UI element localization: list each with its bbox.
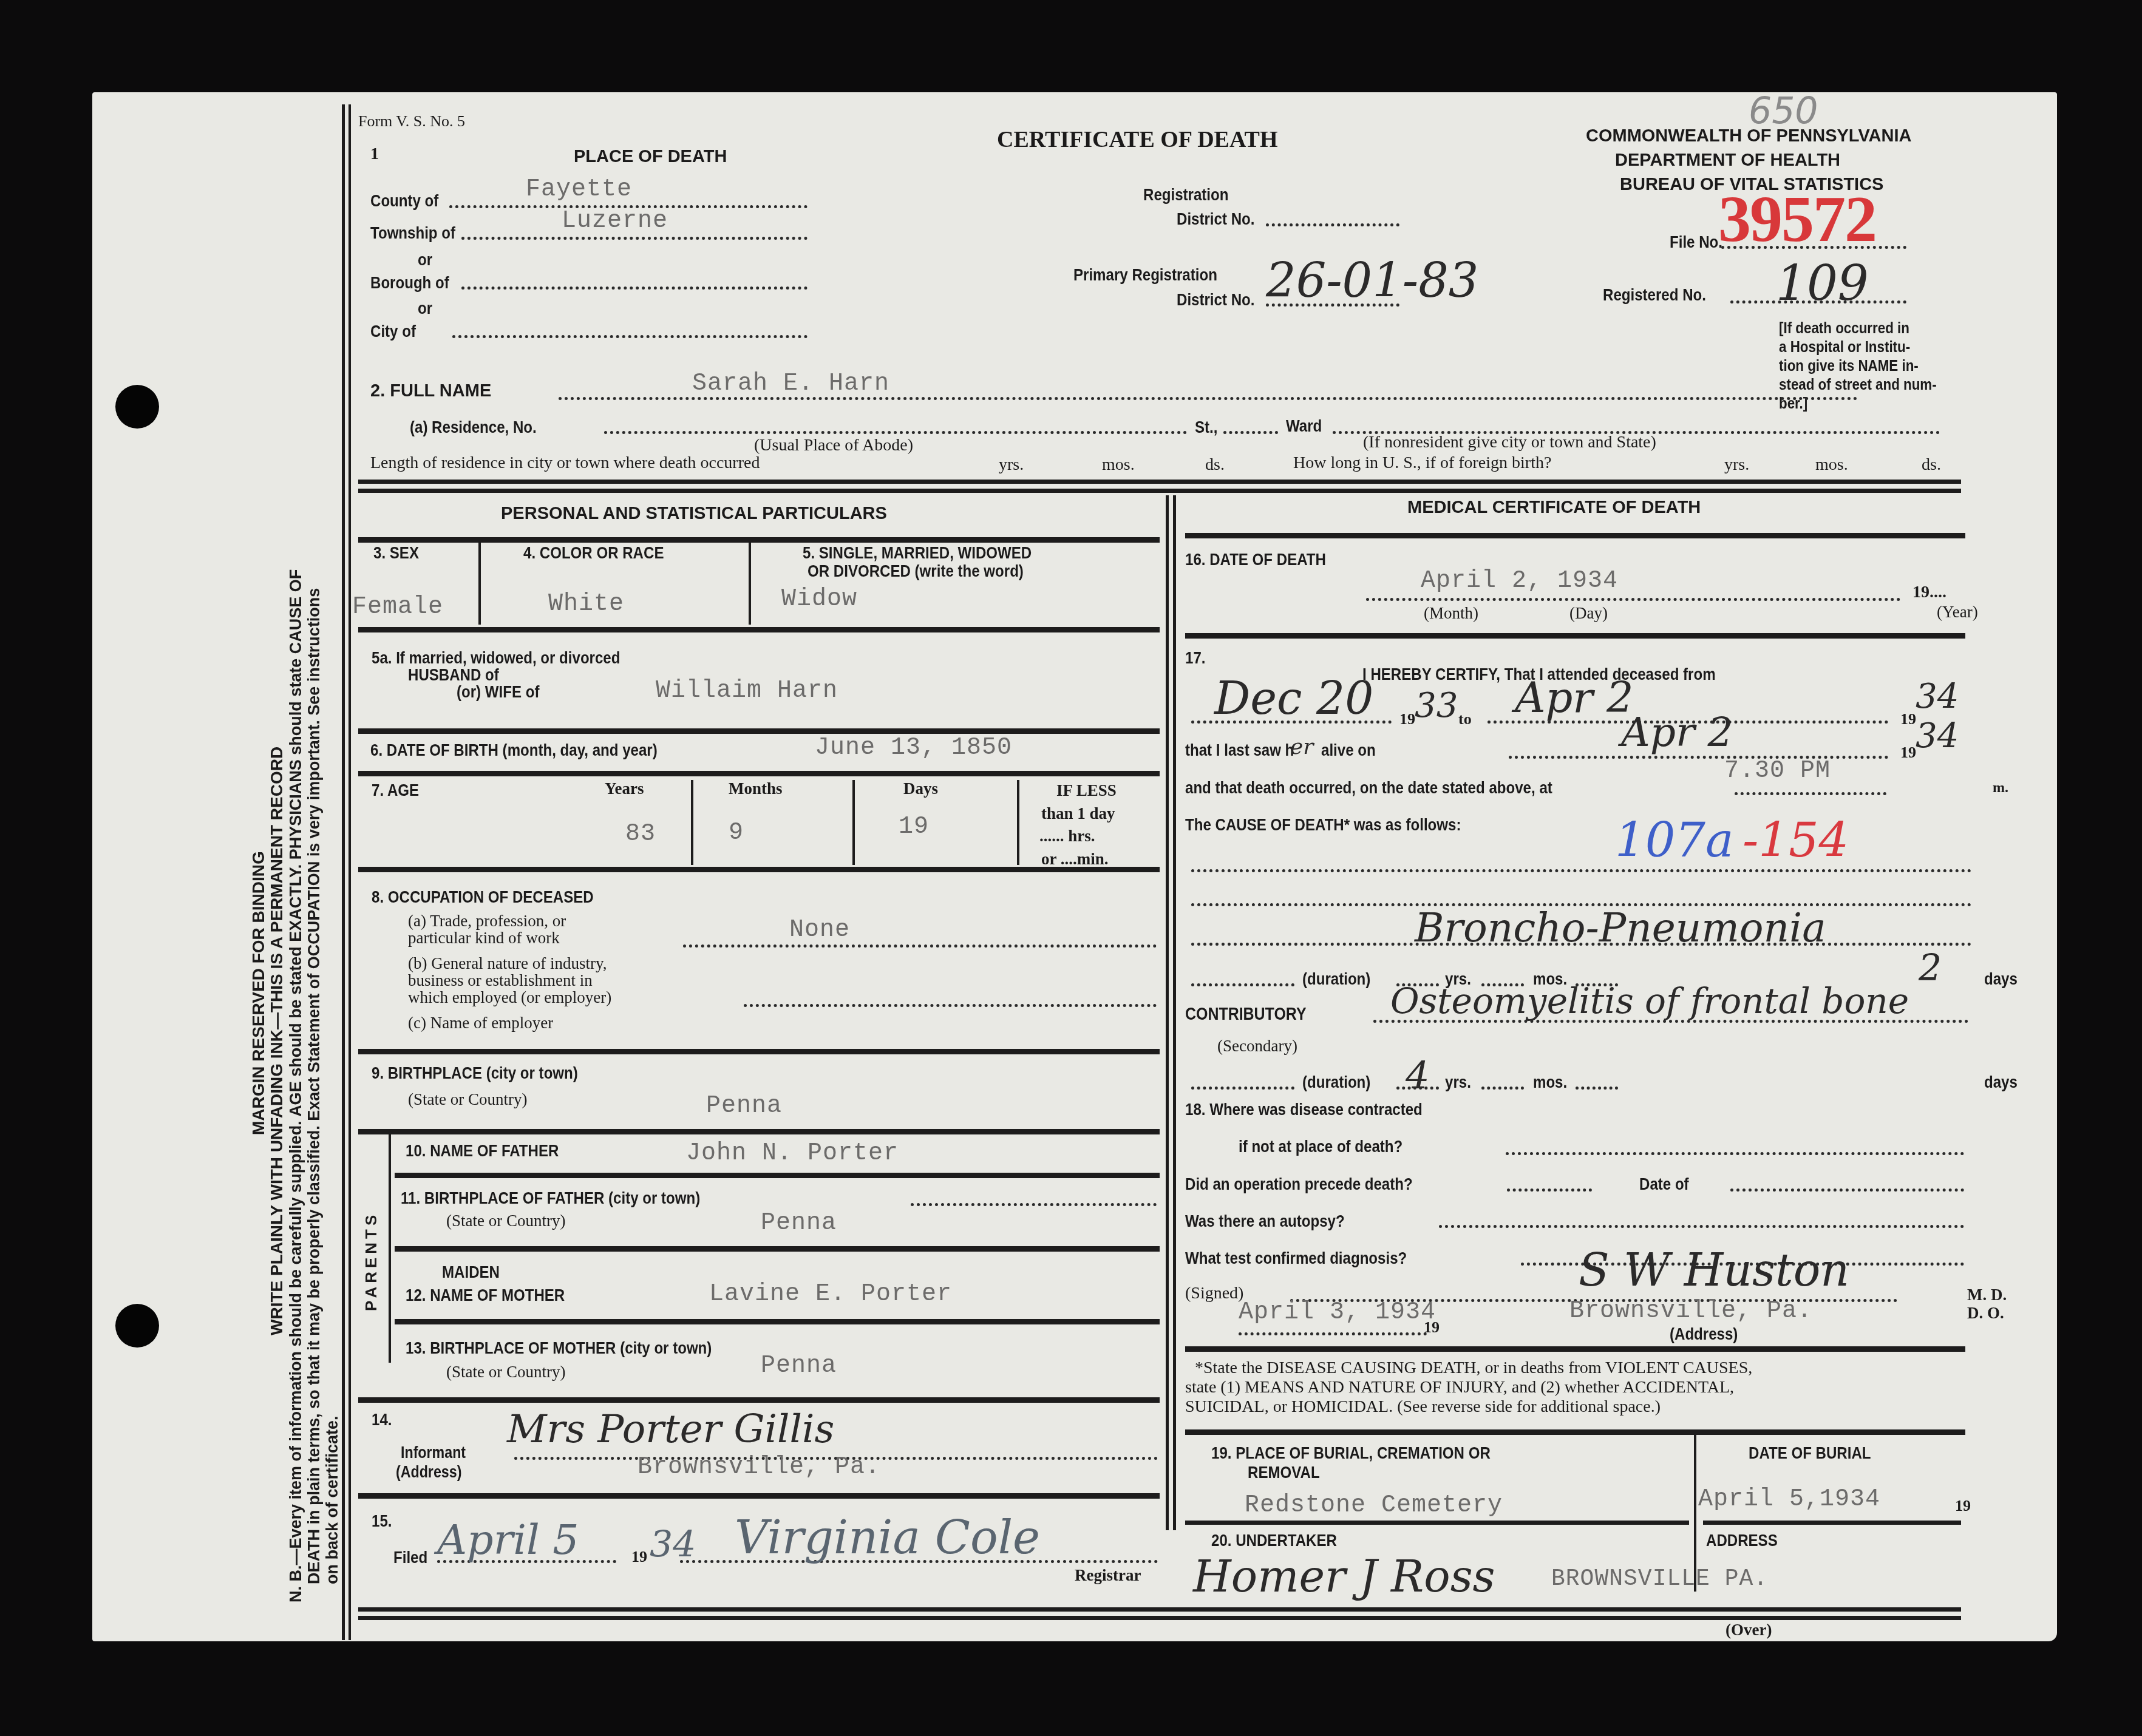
divider-after-dob [358, 771, 1160, 776]
certificate-title: CERTIFICATE OF DEATH [997, 126, 1277, 153]
file-no-field[interactable] [1721, 246, 1906, 249]
abode-note: (Usual Place of Abode) [754, 436, 913, 455]
margin-nb-note-2: DEATH in plain terms, so that it may be … [305, 588, 324, 1584]
divider-personal-top [358, 537, 1160, 543]
divider-double-1b [358, 489, 1961, 493]
diagnosis-test-label: What test confirmed diagnosis? [1185, 1249, 1407, 1268]
divider-after-birthplace [358, 1129, 1160, 1134]
attended-to: Apr 2 [1515, 673, 1634, 722]
primary-duration-prefix [1191, 983, 1294, 986]
dod-day-label: (Day) [1569, 604, 1608, 623]
burial-date: April 5,1934 [1698, 1486, 1880, 1513]
township-value: Luzerne [562, 208, 668, 235]
alive-on-label: alive on [1321, 741, 1376, 760]
divider-after-occupation [358, 1049, 1160, 1054]
birthplace-label: 9. BIRTHPLACE (city or town) [372, 1063, 578, 1083]
age-years-divider [691, 780, 693, 865]
operation-date-label: Date of [1639, 1175, 1689, 1194]
registered-no-label: Registered No. [1603, 285, 1706, 305]
dod-label: 16. DATE OF DEATH [1185, 550, 1326, 569]
informant-address-label: (Address) [396, 1463, 461, 1482]
divider-before-burial [1185, 1429, 1965, 1435]
race-marital-divider [749, 543, 751, 625]
section-number-1: 1 [370, 144, 379, 164]
primary-cause: Broncho-Pneumonia [1415, 904, 1826, 951]
signed-year-prefix: 19 [1424, 1318, 1440, 1337]
occupation-a-label-2: particular kind of work [408, 929, 560, 948]
primary-duration-label: (duration) [1302, 969, 1370, 989]
filed-date: April 5 [437, 1516, 579, 1564]
filed-section-number: 15. [372, 1511, 392, 1531]
footnote-line-2: state (1) MEANS AND NATURE OF INJURY, an… [1185, 1378, 1734, 1397]
last-saw-date-field[interactable] [1509, 756, 1888, 759]
birthplace-value: Penna [706, 1093, 782, 1120]
primary-registration-label: Primary Registration [1073, 265, 1217, 285]
full-name-label: 2. FULL NAME [370, 381, 491, 401]
contributory-duration-days-label: days [1984, 1073, 2018, 1092]
borough-label: Borough of [370, 273, 449, 293]
footnote-line-1: *State the DISEASE CAUSING DEATH, or in … [1195, 1358, 1752, 1378]
issuer-line-1: COMMONWEALTH OF PENNSYLVANIA [1586, 126, 1911, 146]
last-saw-year: 34 [1916, 716, 1959, 756]
file-no-label: File No. [1670, 232, 1722, 252]
registration-district-label: District No. [1177, 209, 1254, 229]
residence-length-label: Length of residence in city or town wher… [370, 453, 760, 473]
parents-side-divider [389, 1129, 391, 1363]
age-days-value: 19 [899, 813, 929, 841]
last-saw-date: Apr 2 [1621, 709, 1733, 756]
marital-value: Widow [781, 586, 857, 613]
attended-from: Dec 20 [1214, 673, 1373, 725]
divider-after-mother [395, 1319, 1160, 1324]
divider-after-spouse [358, 728, 1160, 734]
burial-place-underline [1185, 1521, 1689, 1525]
city-field[interactable] [452, 335, 807, 338]
divider-after-mother-birthplace [358, 1397, 1160, 1403]
residence-mos: mos. [1102, 455, 1135, 475]
nonresident-note: (If nonresident give city or town and St… [1363, 433, 1656, 452]
foreign-yrs: yrs. [1724, 455, 1749, 475]
spouse-value: Willaim Harn [656, 677, 838, 705]
attended-from-year-prefix: 19 [1399, 710, 1415, 728]
dob-value: June 13, 1850 [815, 734, 1012, 762]
death-time-field[interactable] [1735, 792, 1886, 795]
form-number: Form V. S. No. 5 [358, 112, 465, 131]
burial-date-label: DATE OF BURIAL [1749, 1443, 1871, 1463]
sex-value: Female [352, 594, 443, 621]
attended-to-year: 34 [1916, 677, 1959, 716]
divider-after-father-birthplace [395, 1246, 1160, 1252]
mother-birthplace-value: Penna [761, 1352, 837, 1380]
residence-ds: ds. [1205, 455, 1225, 475]
center-divider-a [1166, 495, 1169, 1530]
cause-label: The CAUSE OF DEATH* was as follows: [1185, 815, 1461, 835]
street-label: St., [1195, 418, 1217, 437]
undertaker-address: BROWNSVILLE PA. [1551, 1566, 1768, 1592]
burial-place: Redstone Cemetery [1245, 1492, 1503, 1519]
primary-district-value: 26-01-83 [1266, 254, 1478, 308]
father-name-label: 10. NAME OF FATHER [406, 1141, 559, 1161]
registration-label: Registration [1143, 185, 1228, 205]
informant-name: Mrs Porter Gillis [507, 1407, 834, 1452]
filed-label: Filed [393, 1548, 427, 1567]
cause-code-blue: 107a [1615, 813, 1733, 868]
operation-field[interactable] [1507, 1188, 1592, 1192]
full-name-value: Sarah E. Harn [692, 370, 889, 398]
race-value: White [548, 591, 624, 618]
informant-label: Informant [401, 1443, 466, 1462]
death-time-label: and that death occurred, on the date sta… [1185, 778, 1552, 798]
contributory-label: CONTRIBUTORY [1185, 1005, 1307, 1025]
parents-side-label: PARENTS [362, 1212, 381, 1311]
contributory-duration-mos-label: mos. [1533, 1073, 1567, 1092]
residence-yrs: yrs. [999, 455, 1024, 475]
do-label: D. O. [1967, 1304, 2004, 1323]
operation-date-field[interactable] [1730, 1188, 1964, 1192]
burial-place-label-2: REMOVAL [1248, 1463, 1320, 1482]
filed-year-prefix: 19 [631, 1548, 647, 1566]
race-label: 4. COLOR OR RACE [523, 543, 664, 563]
attended-to-label: to [1458, 710, 1472, 728]
binder-hole-top [115, 385, 159, 429]
city-label: City of [370, 322, 416, 341]
registrar-signature: Virginia Cole [735, 1510, 1040, 1564]
divider-bottom-double-b [358, 1616, 1961, 1620]
mother-birthplace-label: 13. BIRTHPLACE OF MOTHER (city or town) [406, 1338, 712, 1358]
father-birthplace-label: 11. BIRTHPLACE OF FATHER (city or town) [401, 1188, 700, 1208]
foreign-mos: mos. [1815, 455, 1848, 475]
occupation-a-label-1: (a) Trade, profession, or [408, 912, 566, 931]
occupation-b-label-2: business or establishment in [408, 971, 593, 990]
township-label: Township of [370, 223, 455, 243]
sex-label: 3. SEX [373, 543, 419, 563]
age-months-label: Months [729, 779, 783, 798]
physician-signature: S W Huston [1579, 1244, 1849, 1297]
undertaker-label: 20. UNDERTAKER [1211, 1531, 1337, 1550]
father-name-value: John N. Porter [686, 1140, 899, 1167]
informant-address: Brownsville, Pa. [637, 1454, 880, 1481]
dod-month-label: (Month) [1424, 604, 1478, 623]
age-months-divider [852, 780, 855, 865]
divider-after-sex [358, 627, 1160, 632]
registrar-label: Registrar [1075, 1566, 1141, 1585]
margin-nb-note-3: on back of certificate. [323, 1416, 342, 1584]
certify-section-number: 17. [1185, 648, 1205, 668]
age-less-label-2: than 1 day [1041, 804, 1115, 823]
primary-duration-days: 2 [1919, 947, 1942, 989]
center-divider-b [1173, 495, 1176, 1530]
attended-to-year-prefix: 19 [1900, 710, 1916, 728]
burial-date-year-prefix: 19 [1955, 1497, 1971, 1515]
attended-from-year: 33 [1415, 686, 1458, 725]
father-birthplace-city-field[interactable] [911, 1203, 1157, 1206]
burial-place-label: 19. PLACE OF BURIAL, CREMATION OR [1211, 1443, 1491, 1463]
divider-bottom-double-a [358, 1607, 1961, 1612]
autopsy-label: Was there an autopsy? [1185, 1212, 1345, 1231]
foreign-ds: ds. [1922, 455, 1941, 475]
divider-after-signed [1185, 1346, 1965, 1352]
form-left-border-inner [348, 104, 351, 1640]
age-months-value: 9 [729, 819, 744, 847]
divider-after-father [395, 1173, 1160, 1178]
md-label: M. D. [1967, 1286, 2007, 1304]
divider-after-informant [358, 1493, 1160, 1499]
occupation-value: None [789, 917, 850, 944]
age-years-label: Years [605, 779, 644, 798]
county-label: County of [370, 191, 438, 211]
occupation-b-label-1: (b) General nature of industry, [408, 954, 607, 973]
county-value: Fayette [526, 176, 632, 203]
registered-no-value: 109 [1776, 255, 1869, 311]
over-label: (Over) [1725, 1621, 1772, 1639]
disease-contracted-field[interactable] [1506, 1152, 1964, 1155]
street-field[interactable] [1223, 431, 1278, 434]
contributory-duration-yrs-label: yrs. [1445, 1073, 1471, 1092]
burial-date-underline [1703, 1521, 1961, 1525]
secondary-label: (Secondary) [1217, 1037, 1297, 1056]
margin-ink-note: WRITE PLAINLY WITH UNFADING INK—THIS IS … [267, 747, 287, 1335]
age-days-label: Days [903, 779, 938, 798]
mother-name-label: 12. NAME OF MOTHER [406, 1286, 565, 1305]
birthplace-state-label: (State or Country) [408, 1090, 527, 1109]
disease-contracted-label-2: if not at place of death? [1239, 1137, 1402, 1156]
mother-birthplace-state-label: (State or Country) [446, 1363, 565, 1382]
maiden-label: MAIDEN [442, 1263, 500, 1282]
ward-label: Ward [1286, 416, 1322, 436]
age-days-divider [1017, 780, 1019, 865]
or-label-1: or [418, 250, 432, 270]
or-label-2: or [418, 299, 432, 318]
last-saw-pronoun: er [1290, 734, 1314, 759]
last-saw-year-prefix: 19 [1900, 744, 1916, 762]
signed-date-field[interactable] [1239, 1332, 1427, 1335]
occupation-a-field[interactable] [683, 944, 1157, 948]
death-time-suffix: m. [1993, 780, 2008, 796]
occupation-b-label-3: which employed (or employer) [408, 988, 611, 1007]
operation-label: Did an operation precede death? [1185, 1175, 1413, 1194]
dob-label: 6. DATE OF BIRTH (month, day, and year) [370, 741, 658, 760]
undertaker-address-label: ADDRESS [1706, 1531, 1778, 1550]
age-min-field[interactable]: or ....min. [1041, 850, 1109, 869]
margin-binding-note: MARGIN RESERVED FOR BINDING [249, 851, 268, 1135]
marital-label-1: 5. SINGLE, MARRIED, WIDOWED [803, 543, 1032, 563]
informant-section-number: 14. [372, 1410, 392, 1429]
contributory-duration-label: (duration) [1302, 1073, 1370, 1092]
dod-year-label: (Year) [1937, 603, 1978, 622]
borough-field[interactable] [461, 287, 807, 290]
spouse-label-3: (or) WIFE of [457, 682, 539, 702]
occupation-b-field[interactable] [744, 1004, 1157, 1007]
contributory-duration-yrs: 4 [1406, 1053, 1429, 1097]
age-label: 7. AGE [372, 781, 419, 800]
physician-address-label: (Address) [1670, 1324, 1738, 1344]
personal-heading: PERSONAL AND STATISTICAL PARTICULARS [501, 504, 887, 524]
primary-district-label: District No. [1177, 290, 1254, 310]
cause-line-1[interactable] [1191, 869, 1971, 872]
death-time: 7.30 PM [1724, 758, 1831, 785]
physician-address: Brownsville, Pa. [1569, 1298, 1812, 1325]
divider-after-age [358, 867, 1160, 872]
dod-field[interactable] [1366, 598, 1900, 601]
occupation-c-label: (c) Name of employer [408, 1014, 553, 1032]
footnote-line-3: SUICIDAL, or HOMICIDAL. (See reverse sid… [1185, 1397, 1661, 1417]
primary-duration-days-label: days [1984, 969, 2018, 989]
undertaker-signature: Homer J Ross [1193, 1551, 1495, 1602]
cause-code-red: -154 [1742, 813, 1849, 868]
disease-contracted-label: 18. Where was disease contracted [1185, 1100, 1423, 1119]
age-less-label-1: IF LESS [1056, 781, 1117, 800]
father-birthplace-value: Penna [761, 1210, 837, 1237]
contributory-cause: Osteomyelitis of frontal bone [1390, 980, 1909, 1022]
township-field[interactable] [461, 237, 807, 240]
autopsy-field[interactable] [1439, 1225, 1964, 1228]
signed-label: (Signed) [1185, 1284, 1243, 1303]
issuer-line-2: DEPARTMENT OF HEALTH [1615, 151, 1840, 171]
contributory-duration-mos-field[interactable] [1481, 1087, 1524, 1090]
form-left-border [342, 104, 345, 1640]
age-hrs-field[interactable]: ...... hrs. [1039, 827, 1095, 846]
occupation-label: 8. OCCUPATION OF DECEASED [372, 887, 594, 907]
binder-hole-bottom [115, 1304, 159, 1348]
contributory-duration-days-field[interactable] [1576, 1087, 1618, 1090]
signed-date: April 3, 1934 [1239, 1299, 1436, 1326]
divider-medical-top [1185, 533, 1965, 538]
foreign-birth-label: How long in U. S., if of foreign birth? [1293, 453, 1551, 473]
contributory-duration-prefix [1191, 1087, 1294, 1090]
medical-heading: MEDICAL CERTIFICATE OF DEATH [1407, 498, 1701, 518]
age-years-value: 83 [625, 821, 656, 848]
sex-race-divider [478, 543, 481, 625]
registration-district-field[interactable] [1266, 223, 1399, 226]
dod-value: April 2, 1934 [1421, 568, 1618, 595]
residence-field[interactable] [604, 431, 1187, 434]
divider-after-dod [1185, 633, 1965, 639]
dod-year-prefix: 19.... [1912, 583, 1946, 602]
last-saw-label: that I last saw h [1185, 741, 1294, 760]
margin-nb-note-1: N. B.—Every item of information should b… [287, 569, 305, 1602]
mother-name-value: Lavine E. Porter [709, 1281, 952, 1308]
divider-double-1a [358, 480, 1961, 484]
marital-label-2: OR DIVORCED (write the word) [807, 561, 1024, 581]
place-of-death-heading: PLACE OF DEATH [574, 147, 727, 167]
residence-label: (a) Residence, No. [410, 418, 537, 437]
father-birthplace-state-label: (State or Country) [446, 1212, 565, 1230]
